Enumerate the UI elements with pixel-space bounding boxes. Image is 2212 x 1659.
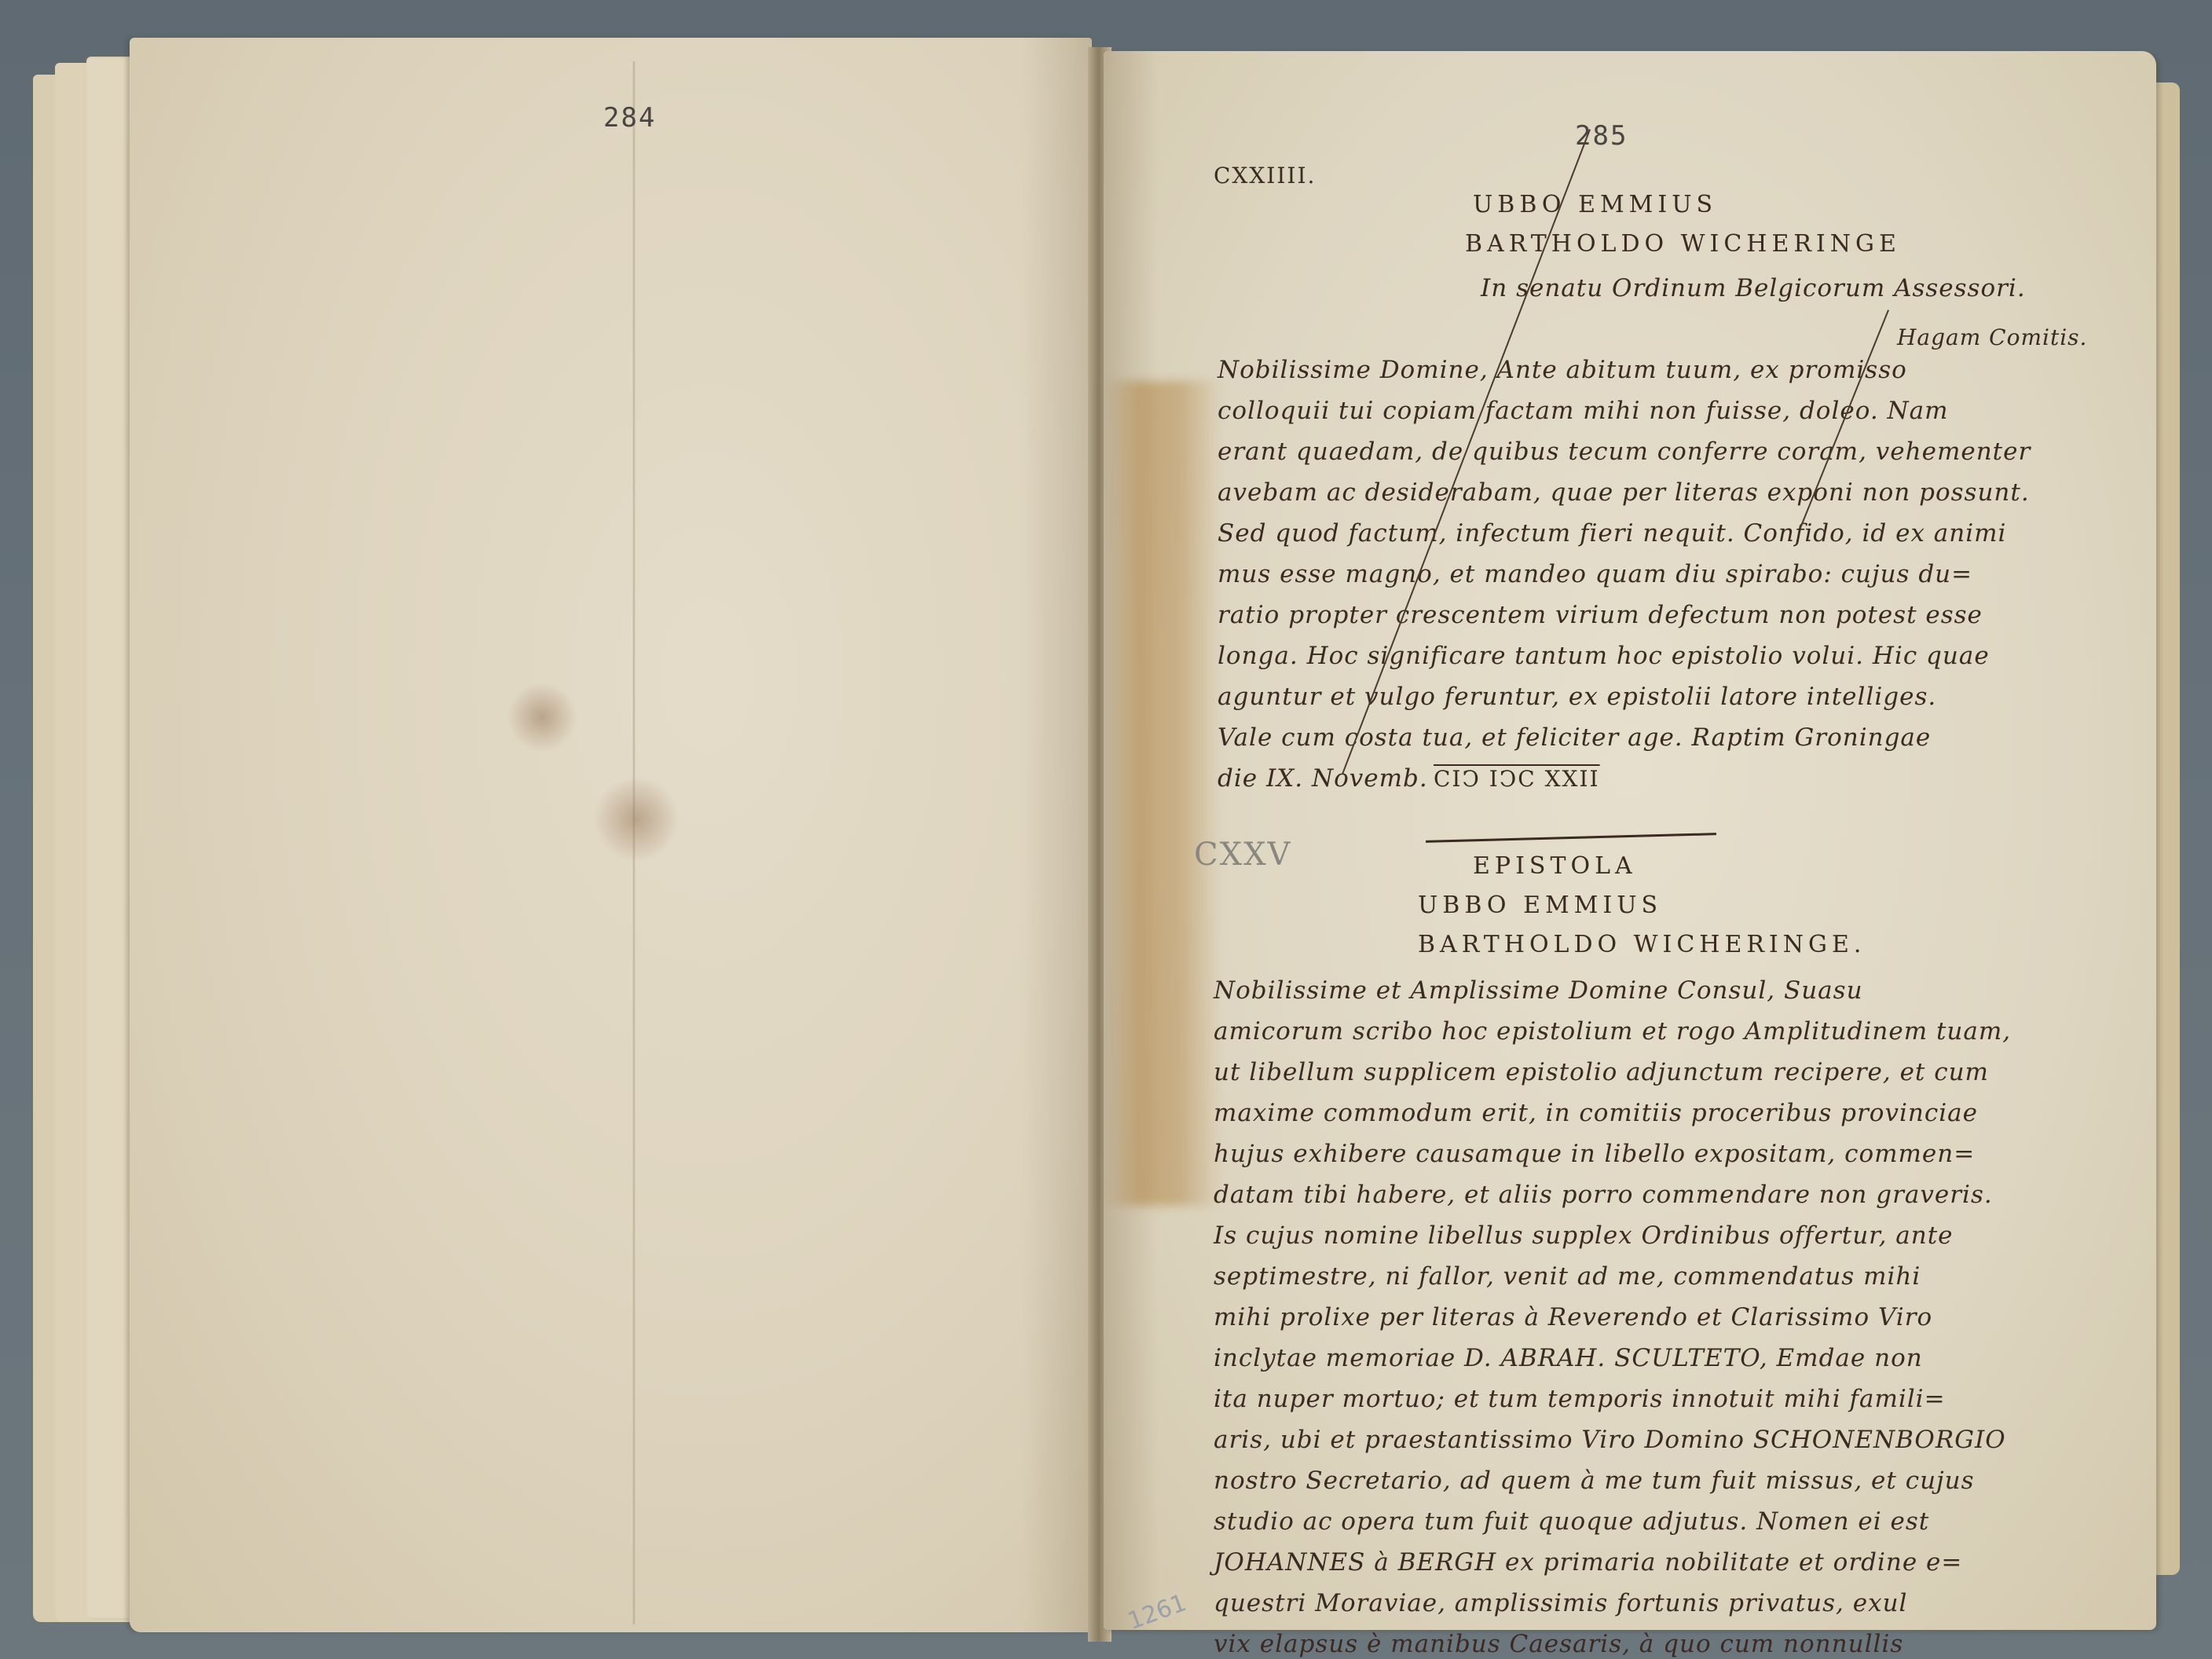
letter-date-year: CIↃ IↃC XXII [1434,766,1600,792]
letter-text-line: vix elapsus è manibus Caesaris, à quo cu… [1214,1630,1903,1658]
foxing-stain [593,776,679,862]
letter-text-line: avebam ac desiderabam, quae per literas … [1218,478,2030,507]
letter-place: Hagam Comitis. [1897,324,2087,350]
letter-text-line: ita nuper mortuo; et tum temporis innotu… [1214,1385,1946,1413]
letter-text-line: septimestre, ni fallor, venit ad me, com… [1214,1262,1921,1291]
open-manuscript: 284 285 CXXIIII. UBBO EMMIUS BARTHOLDO W… [0,0,2212,1659]
letter-text-line: datam tibi habere, et aliis porro commen… [1214,1181,1993,1209]
letter-text-line: aris, ubi et praestantissimo Viro Domino… [1214,1426,2006,1454]
letter-text-line: Nobilissime et Amplissime Domine Consul,… [1214,976,1863,1005]
letter-text-line: mus esse magno, et mandeo quam diu spira… [1218,560,1972,588]
gutter-shadow [1021,38,1092,1632]
letter-text-line: questri Moraviae, amplissimis fortunis p… [1214,1589,1907,1617]
left-page: 284 [130,38,1092,1632]
letter-number: CXXV [1194,837,1291,873]
folio-number-left: 284 [603,102,656,134]
letter-text-line: mihi prolixe per literas à Reverendo et … [1214,1303,1932,1331]
letter-text-line: erant quaedam, de quibus tecum conferre … [1218,438,2031,466]
letter-text-line: Is cujus nomine libellus supplex Ordinib… [1214,1221,1954,1250]
letter-heading-line: EPISTOLA [1473,852,1637,880]
letter-text-line: aguntur et vulgo feruntur, ex epistolii … [1218,683,1936,711]
letter-number: CXXIIII. [1214,163,1316,189]
letter-text-line: Vale cum costa tua, et feliciter age. Ra… [1218,723,1931,752]
letter-text-line: ratio propter crescentem virium defectum… [1218,601,1983,629]
letter-heading-line: UBBO EMMIUS [1418,892,1662,919]
letter-text-line: maxime commodum erit, in comitiis procer… [1214,1099,1978,1127]
letter-text-line: Nobilissime Domine, Ante abitum tuum, ex… [1218,356,1907,384]
letter-text-line: JOHANNES à BERGH ex primaria nobilitate … [1214,1548,1962,1577]
letter-heading-line: In senatu Ordinum Belgicorum Assessori. [1481,274,2026,302]
letter-text-line: amicorum scribo hoc epistolium et rogo A… [1214,1017,2011,1046]
letter-text-line: longa. Hoc significare tantum hoc episto… [1218,642,1990,670]
letter-text-line: hujus exhibere causamque in libello expo… [1214,1140,1975,1168]
separator-rule [1426,833,1716,843]
foxing-stain [507,682,577,753]
letter-heading-line: BARTHOLDO WICHERINGE. [1418,931,1866,958]
right-leaf-edge [2152,82,2180,1575]
letter-text-line: ut libellum supplicem epistolio adjunctu… [1214,1058,1989,1086]
letter-text-line: studio ac opera tum fuit quoque adjutus.… [1214,1507,1929,1536]
right-page: 285 CXXIIII. UBBO EMMIUS BARTHOLDO WICHE… [1104,51,2156,1630]
letter-heading-line: UBBO EMMIUS [1473,191,1717,218]
letter-text-line: colloquii tui copiam factam mihi non fui… [1218,397,1949,425]
letter-text-line: inclytae memoriae D. ABRAH. SCULTETO, Em… [1214,1344,1923,1372]
letter-heading-line: BARTHOLDO WICHERINGE [1465,230,1901,258]
water-stain [1104,381,1221,1206]
letter-text-line: nostro Secretario, ad quem à me tum fuit… [1214,1467,1975,1495]
letter-text-line: die IX. Novemb. [1218,764,1428,793]
letter-text-line: Sed quod factum, infectum fieri nequit. … [1218,519,2006,548]
